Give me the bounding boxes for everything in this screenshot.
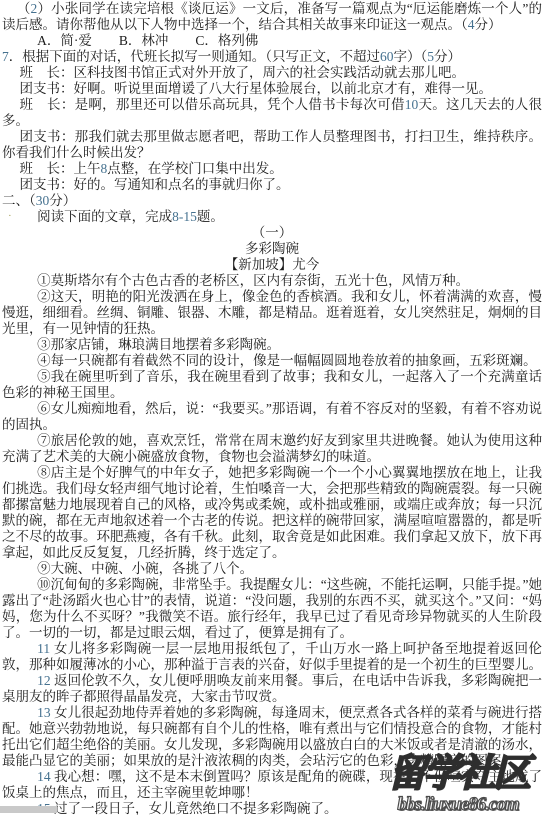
paragraph: 团支书：好的。写通知和点名的事就归你了。 [2, 177, 542, 193]
blue-number: 8 [101, 161, 108, 176]
paragraph: ⑤我在碗里听到了音乐，我在碗里看到了故事；我和女儿，一起落入了一个充满童话色彩的… [2, 369, 542, 401]
paragraph: 班 长：上午8点整，在学校门口集中出发。 [2, 161, 542, 177]
blue-number: 60 [380, 49, 394, 64]
blue-number: 10 [405, 97, 419, 112]
page-edge-artifact [0, 806, 57, 813]
paragraph: 12 返回伦敦不久，女儿便呼朋唤友前来用餐。事后，在电话中告诉我，多彩陶碗把一桌… [2, 673, 542, 705]
blue-number: 2 [31, 1, 38, 16]
stray-bullet-mark: · [8, 211, 12, 222]
document-page: （2）小张同学在读完培根《谈厄运》一文后，准备写一篇观点为“厄运能磨炼一个人”的… [2, 1, 542, 815]
paragraph: （一） [2, 225, 542, 241]
paragraph: ⑧店主是个好脾气的中年女子，她把多彩陶碗一个一个小心翼翼地摆放在地上，让我们挑选… [2, 465, 542, 561]
paragraph: （2）小张同学在读完培根《谈厄运》一文后，准备写一篇观点为“厄运能磨炼一个人”的… [2, 1, 542, 33]
paragraph: 14 我心想：嘿，这不是本末倒置吗？原该是配角的碗碟，现在，不但喧宾夺主地成了饭… [2, 769, 542, 801]
paragraph: 阅读下面的文章，完成8-15题。· [2, 209, 542, 225]
blue-number: 8-15 [172, 209, 197, 224]
paragraph: ①莫斯塔尔有个古色古香的老桥区，区内有奈街，五光十色，风情万种。 [2, 273, 542, 289]
paragraph: ⑥女儿痴痴地看，然后，说：“我要买。”那语调，有着不容反对的坚毅，有着不容劝说的… [2, 401, 542, 433]
paragraph: ⑨大碗、中碗、小碗，各挑了八个。 [2, 561, 542, 577]
blue-number: 14 [37, 769, 51, 784]
paragraph: 班 长：区科技图书馆正式对外开放了，周六的社会实践活动就去那儿吧。 [2, 65, 542, 81]
paragraph: 【新加坡】尤今 [2, 257, 542, 273]
paragraph: 13 女儿很起劲地侍弄着她的多彩陶碗，每逢周末，便烹煮各式各样的菜肴与碗进行搭配… [2, 705, 542, 769]
paragraph: ③那家店铺，琳琅满目地摆着多彩陶碗。 [2, 337, 542, 353]
paragraph: 班 长：是啊，那里还可以借乐高玩具，凭个人借书卡每次可借10天。这几天去的人很多… [2, 97, 542, 129]
paragraph: 11 女儿将多彩陶碗一层一层地用报纸包了，千山万水一路上呵护备至地提着返回伦敦，… [2, 641, 542, 673]
blue-number: 4 [468, 17, 475, 32]
paragraph: 多彩陶碗 [2, 241, 542, 257]
paragraph: 7．根据下面的对话，代班长拟写一则通知。（只写正文，不超过60字）（5分） [2, 49, 542, 65]
blue-number: 5 [427, 49, 434, 64]
paragraph: 团支书：那我们就去那里做志愿者吧，帮助工作人员整理图书，打扫卫生，维持秩序。你看… [2, 129, 542, 161]
paragraph: ⑩沉甸甸的多彩陶碗，非常坠手。我提醒女儿：“这些碗，不能托运啊，只能手提。”她露… [2, 577, 542, 641]
blue-number: 12 [37, 673, 51, 688]
blue-number: 11 [37, 641, 50, 656]
blue-number: 7 [2, 49, 9, 64]
blue-number: 13 [37, 705, 51, 720]
paragraph: 团支书：好啊。听说里面增谖了八大行星体验展台，以前北京才有，难得一见。 [2, 81, 542, 97]
paragraph: ⑦旅居伦敦的她，喜欢烹饪，常常在周末邀约好友到家里共进晚餐。她认为使用这种充满了… [2, 433, 542, 465]
paragraph: 15 过了一段日子，女儿竟然绝口不提多彩陶碗了。 [2, 801, 542, 815]
paragraph: A．简·爱 B．林冲 C．格列佛 [2, 33, 542, 49]
paragraph: ④每一只碗都有着截然不同的设计，像是一幅幅圆圆地卷放着的抽象画，五彩斑斓。 [2, 353, 542, 369]
blue-number: 30 [36, 193, 50, 208]
paragraph: 二、（30分） [2, 193, 542, 209]
paragraph: ②这天，明艳的阳光泼洒在身上，像金色的香槟酒。我和女儿，怀着满满的欢喜，慢慢逛，… [2, 289, 542, 337]
